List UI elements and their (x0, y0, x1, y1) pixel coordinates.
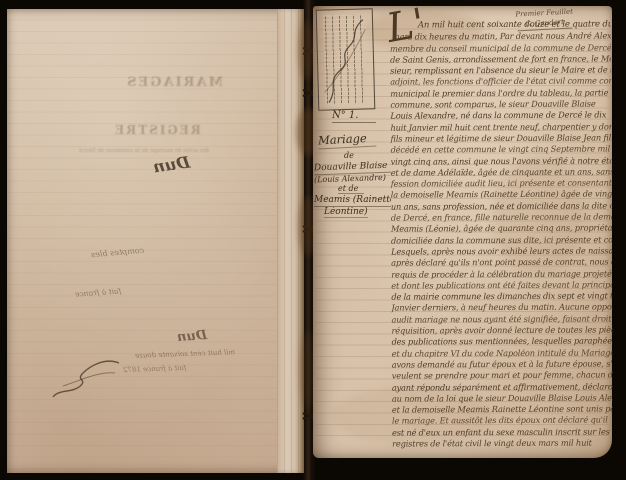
left-page: MARIAGES REGISTRE des actes de mariage d… (7, 9, 304, 473)
margin-note-line: Mariage (318, 130, 377, 149)
act-text: An mil huit cent soixante douze et le qu… (390, 19, 613, 449)
act-text-line: requis de procéder à la célébration du m… (391, 268, 612, 280)
act-text-line: après déclaré qu'ils n'ont point passé d… (391, 257, 612, 269)
act-text-line: décédé en cette commune le vingt cinq Se… (391, 144, 612, 156)
act-text-line: Meamis (Léonie), âgée de quarante cinq a… (391, 223, 612, 235)
official-stamp (316, 8, 376, 110)
act-text-line: adjoint, les fonctions d'officier de l'é… (390, 76, 611, 88)
act-text-line: le mariage. Et aussitôt les dits époux o… (392, 415, 613, 427)
bleedthrough-title-mariages: MARIAGES (119, 75, 229, 90)
stamp-signature (319, 11, 373, 108)
act-text-line: registres de l'état civil le vingt deux … (392, 437, 613, 449)
act-text-line: mars dix heures du matin, Par devant nou… (390, 31, 611, 43)
act-text-line: la demoiselle Meamis (Rainette Léontine)… (391, 189, 612, 201)
margin-note-line: et de (338, 184, 364, 194)
right-page: Premier Feuillet C. Gaudart L' N° 1.Mari… (313, 6, 612, 458)
bleedthrough-caption: des actes de mariage de la commune de De… (69, 148, 219, 154)
bleedthrough-ink-mark: fait à france (75, 286, 122, 298)
bleedthrough-ink-mark: Dun (177, 328, 208, 345)
bleedthrough-ink-mark: mil huit cent soixante douze (135, 348, 235, 359)
bleedthrough-ink-mark: fait à france 1872 (123, 364, 186, 374)
act-text-line: vingt cinq ans, ainsi que nous l'avons v… (391, 155, 612, 167)
act-text-line: Louis Alexandre, né dans la commune de D… (390, 110, 611, 122)
margin-note-line: de (344, 151, 391, 160)
margin-note-line: Meamis (Rainette (314, 195, 391, 207)
act-text-line: veulent se prendre pour mari et pour fem… (392, 370, 613, 382)
bleedthrough-ink-mark: Dun (152, 153, 191, 177)
margin-note-line: Léontine) (324, 207, 368, 218)
bleedthrough-title-registre: REGISTRE (109, 123, 205, 137)
bleedthrough-signature-flourish (49, 353, 125, 401)
bleedthrough-ink-mark: comptes bles (91, 246, 145, 260)
act-text-line: ayant répondu séparément et affirmativem… (392, 381, 613, 393)
margin-note-line: N° 1. (332, 110, 376, 123)
act-text-line: Janvier derniers, à neuf heures du matin… (391, 302, 612, 314)
margin-note-line: (Louis Alexandre) (314, 173, 391, 185)
act-text-line: des publications sus mentionnées, lesque… (392, 336, 613, 348)
scanned-register-spread: MARIAGES REGISTRE des actes de mariage d… (0, 0, 626, 480)
margin-notes: N° 1.MariagedeDouaville Blaise(Louis Ale… (314, 110, 391, 218)
